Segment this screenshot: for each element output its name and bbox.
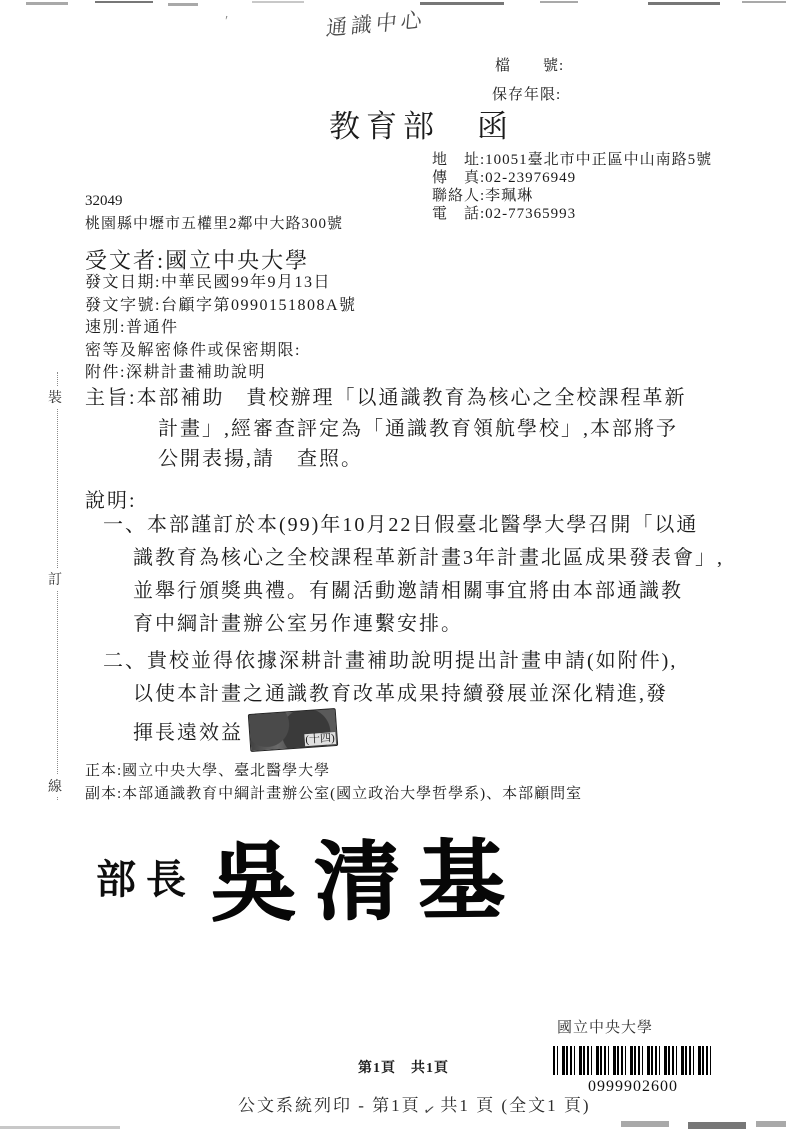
item-line: 識教育為核心之全校課程革新計畫3年計畫北區成果發表會」, — [103, 542, 724, 575]
subject-paragraph: 主旨:本部補助 貴校辦理「以通識教育為核心之全校課程革新 計畫」,經審查評定為「… — [85, 383, 687, 475]
scan-artifact — [95, 1, 153, 3]
item-line: 以使本計畫之通識教育改革成果持續發展並深化精進,發 — [103, 678, 677, 711]
binding-char-ding: 訂 — [48, 568, 62, 590]
item-line: 育中綱計畫辦公室另作連繫安排。 — [103, 608, 724, 641]
scan-artifact — [756, 1121, 786, 1127]
scan-artifact — [26, 2, 68, 5]
subject-line: 公開表揚,請 查照。 — [85, 444, 687, 475]
signature-block: 部長吳清基 — [96, 812, 522, 936]
stamp-text: (十四) — [304, 732, 336, 746]
scanned-official-letter: ' 通識中心 檔 號: 保存年限: 教育部 函 地 址:10051臺北市中正區中… — [0, 0, 791, 1130]
recipient-zip: 32049 — [85, 193, 123, 210]
scan-artifact — [540, 1, 578, 3]
explanation-item-1: 一、本部謹訂於本(99)年10月22日假臺北醫學大學召開「以通 識教育為核心之全… — [103, 509, 724, 641]
original-copy-line: 正本:國立中央大學、臺北醫學大學 — [85, 760, 582, 783]
handwritten-note: 通識中心 — [325, 3, 427, 42]
minister-title: 部長 — [96, 857, 196, 902]
scan-artifact — [168, 3, 198, 6]
item-line: 揮長遠效益(十四) — [103, 711, 677, 750]
item-line: 一、本部謹訂於本(99)年10月22日假臺北醫學大學召開「以通 — [103, 509, 724, 542]
copies-block: 正本:國立中央大學、臺北醫學大學 副本:本部通識教育中綱計畫辦公室(國立政治大學… — [85, 760, 582, 806]
document-title: 教育部 函 — [329, 101, 514, 146]
item-line: 並舉行頒獎典禮。有關活動邀請相關事宜將由本部通識教 — [103, 575, 724, 608]
page-indicator: 第1頁 共1頁 — [358, 1057, 449, 1077]
scan-artifact — [648, 2, 720, 5]
subject-line: 計畫」,經審查評定為「通識教育領航學校」,本部將予 — [85, 414, 687, 445]
cc-copy-line: 副本:本部通識教育中綱計畫辦公室(國立政治大學哲學系)、本部顧問室 — [85, 783, 582, 806]
agency-address: 地 址:10051臺北市中正區中山南路5號 — [432, 151, 712, 169]
receipt-stamp: (十四) — [248, 708, 338, 752]
priority: 速別:普通件 — [85, 317, 357, 340]
attachment: 附件:深耕計畫補助說明 — [85, 362, 357, 385]
binding-char-zhuang: 裝 — [48, 386, 62, 408]
scan-artifact — [0, 1126, 120, 1129]
agency-phone: 電 話:02-77365993 — [432, 205, 712, 223]
agency-contact-block: 地 址:10051臺北市中正區中山南路5號 傳 真:02-23976949 聯絡… — [432, 151, 712, 223]
barcode-number: 0999902600 — [588, 1078, 678, 1096]
print-system-footer: 公文系統列印 - 第1頁✓共1 頁 (全文1 頁) — [238, 1091, 590, 1116]
barcode — [553, 1046, 711, 1075]
classification: 密等及解密條件或保密期限: — [85, 340, 357, 363]
handwritten-checkmark: ✓ — [421, 1102, 438, 1121]
explanation-item-2: 二、貴校並得依據深耕計畫補助說明提出計畫申請(如附件), 以使本計畫之通識教育改… — [103, 645, 677, 750]
issue-number: 發文字號:台顧字第0990151808A號 — [85, 295, 357, 318]
scan-artifact — [621, 1121, 669, 1127]
agency-fax: 傳 真:02-23976949 — [432, 169, 712, 187]
subject-text: 本部補助 貴校辦理「以通識教育為核心之全校課程革新 — [137, 387, 687, 409]
print-footer-prefix: 公文系統列印 - 第1頁 — [238, 1096, 421, 1115]
document-meta-block: 發文日期:中華民國99年9月13日 發文字號:台顧字第0990151808A號 … — [85, 272, 357, 385]
recipient-address: 桃園縣中壢市五權里2鄰中大路300號 — [85, 212, 343, 233]
scan-artifact — [742, 1, 786, 3]
issue-date: 發文日期:中華民國99年9月13日 — [85, 272, 357, 295]
subject-line: 主旨:本部補助 貴校辦理「以通識教育為核心之全校課程革新 — [85, 383, 687, 414]
file-number-label: 檔 號: — [495, 54, 564, 75]
print-footer-suffix: 共1 頁 (全文1 頁) — [440, 1096, 590, 1115]
recipient-line: 受文者:國立中央大學 — [85, 244, 309, 275]
subject-label: 主旨: — [85, 387, 137, 409]
scan-artifact — [420, 2, 504, 5]
agency-contact-person: 聯絡人:李珮琳 — [432, 187, 712, 205]
scan-speck: ' — [222, 14, 229, 30]
minister-signature: 吳清基 — [209, 811, 522, 938]
item-line-text: 揮長遠效益 — [133, 722, 243, 744]
scan-artifact — [252, 1, 304, 3]
receiving-org-name: 國立中央大學 — [557, 1016, 653, 1037]
binding-char-xian: 線 — [48, 775, 62, 797]
item-line: 二、貴校並得依據深耕計畫補助說明提出計畫申請(如附件), — [103, 645, 677, 678]
scan-artifact — [688, 1122, 746, 1129]
